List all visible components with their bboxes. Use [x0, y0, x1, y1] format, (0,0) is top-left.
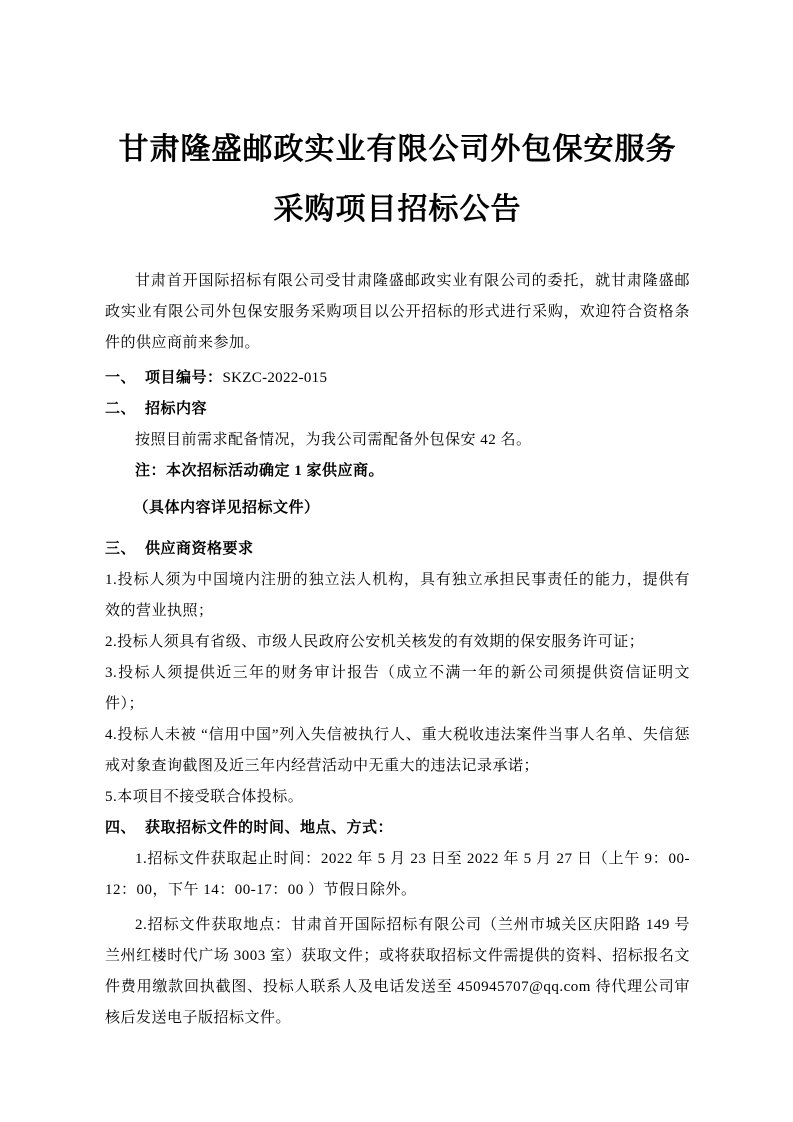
qualification-item-4: 4.投标人未被 “信用中国”列入失信被执行人、重大税收违法案件当事人名单、失信惩… [105, 720, 690, 782]
section-one-heading: 一、项目编号：SKZC-2022-015 [105, 363, 690, 394]
bid-content-text: 按照目前需求配备情况，为我公司需配备外包保安 42 名。 [105, 425, 690, 456]
section-one-number: 一、 [105, 370, 136, 386]
detail-note-text: （具体内容详见招标文件） [105, 493, 690, 524]
document-title: 甘肃隆盛邮政实业有限公司外包保安服务 采购项目招标公告 [105, 128, 690, 232]
section-three-label: 供应商资格要求 [145, 541, 254, 557]
section-four-label: 获取招标文件的时间、地点、方式： [145, 820, 393, 836]
qualification-item-1: 1.投标人须为中国境内注册的独立法人机构，具有独立承担民事责任的能力，提供有效的… [105, 565, 690, 627]
qualification-item-5: 5.本项目不接受联合体投标。 [105, 782, 690, 813]
section-two-heading: 二、招标内容 [105, 394, 690, 425]
obtain-item-1: 1.招标文件获取起止时间：2022 年 5 月 23 日至 2022 年 5 月… [105, 844, 690, 906]
project-number-value: SKZC-2022-015 [223, 370, 328, 386]
obtain-item-2: 2.招标文件获取地点：甘肃首开国际招标有限公司（兰州市城关区庆阳路 149 号兰… [105, 910, 690, 1034]
title-line-1: 甘肃隆盛邮政实业有限公司外包保安服务 [105, 128, 690, 172]
qualification-item-2: 2.投标人须具有省级、市级人民政府公安机关核发的有效期的保安服务许可证； [105, 627, 690, 658]
intro-paragraph: 甘肃首开国际招标有限公司受甘肃隆盛邮政实业有限公司的委托，就甘肃隆盛邮政实业有限… [105, 266, 690, 359]
section-two-number: 二、 [105, 401, 136, 417]
section-four-number: 四、 [105, 820, 136, 836]
title-line-2: 采购项目招标公告 [105, 188, 690, 232]
section-three-number: 三、 [105, 541, 136, 557]
section-two-label: 招标内容 [145, 401, 207, 417]
section-four-heading: 四、获取招标文件的时间、地点、方式： [105, 813, 690, 844]
section-three-heading: 三、供应商资格要求 [105, 534, 690, 565]
project-number-label: 项目编号： [145, 370, 223, 386]
qualification-item-3: 3.投标人须提供近三年的财务审计报告（成立不满一年的新公司须提供资信证明文件）； [105, 658, 690, 720]
document-page: 甘肃隆盛邮政实业有限公司外包保安服务 采购项目招标公告 甘肃首开国际招标有限公司… [0, 0, 793, 1122]
note-text: 注：本次招标活动确定 1 家供应商。 [105, 456, 690, 487]
